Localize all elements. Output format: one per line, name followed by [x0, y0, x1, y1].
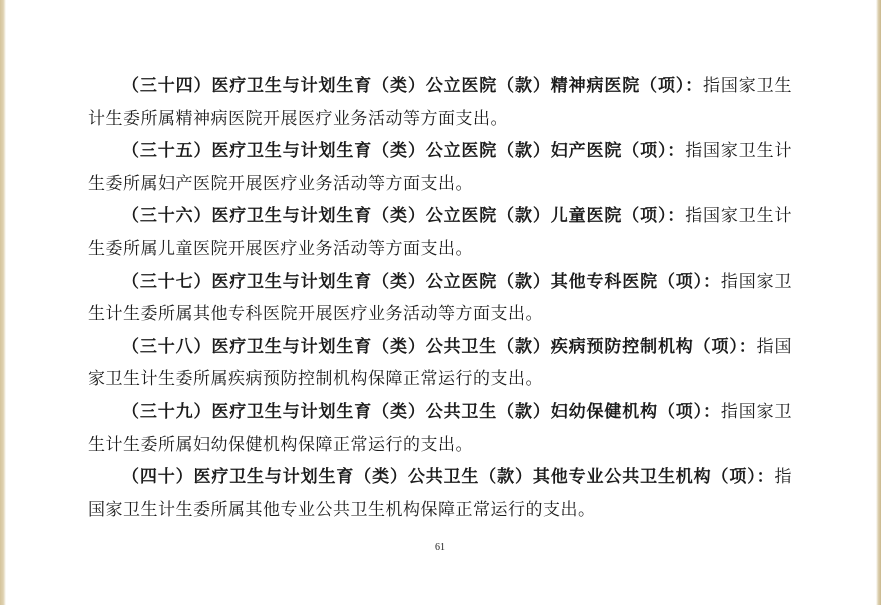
paragraph-heading: （三十五）医疗卫生与计划生育（类）公立医院（款）妇产医院（项）： — [122, 141, 685, 160]
definition-paragraph: （三十七）医疗卫生与计划生育（类）公立医院（款）其他专科医院（项）：指国家卫生计… — [88, 266, 792, 331]
page-left-scan-edge — [0, 0, 6, 605]
page-right-scan-edge — [876, 0, 881, 605]
definition-paragraph: （三十九）医疗卫生与计划生育（类）公共卫生（款）妇幼保健机构（项）：指国家卫生计… — [88, 396, 792, 461]
document-page: （三十四）医疗卫生与计划生育（类）公立医院（款）精神病医院（项）：指国家卫生计生… — [0, 0, 881, 605]
page-number: 61 — [88, 542, 792, 553]
paragraph-heading: （三十四）医疗卫生与计划生育（类）公立医院（款）精神病医院（项）： — [122, 76, 703, 95]
paragraph-heading: （四十）医疗卫生与计划生育（类）公共卫生（款）其他专业公共卫生机构（项）： — [122, 467, 775, 486]
paragraph-heading: （三十八）医疗卫生与计划生育（类）公共卫生（款）疾病预防控制机构（项）： — [122, 337, 757, 356]
definition-paragraph: （三十五）医疗卫生与计划生育（类）公立医院（款）妇产医院（项）：指国家卫生计生委… — [88, 135, 792, 200]
document-body: （三十四）医疗卫生与计划生育（类）公立医院（款）精神病医院（项）：指国家卫生计生… — [88, 70, 792, 526]
paragraph-heading: （三十九）医疗卫生与计划生育（类）公共卫生（款）妇幼保健机构（项）： — [122, 402, 721, 421]
paragraph-heading: （三十六）医疗卫生与计划生育（类）公立医院（款）儿童医院（项）： — [122, 206, 685, 225]
definition-paragraph: （三十六）医疗卫生与计划生育（类）公立医院（款）儿童医院（项）：指国家卫生计生委… — [88, 200, 792, 265]
definition-paragraph: （三十四）医疗卫生与计划生育（类）公立医院（款）精神病医院（项）：指国家卫生计生… — [88, 70, 792, 135]
definition-paragraph: （三十八）医疗卫生与计划生育（类）公共卫生（款）疾病预防控制机构（项）：指国家卫… — [88, 331, 792, 396]
definition-paragraph: （四十）医疗卫生与计划生育（类）公共卫生（款）其他专业公共卫生机构（项）：指国家… — [88, 461, 792, 526]
paragraph-heading: （三十七）医疗卫生与计划生育（类）公立医院（款）其他专科医院（项）： — [122, 272, 721, 291]
